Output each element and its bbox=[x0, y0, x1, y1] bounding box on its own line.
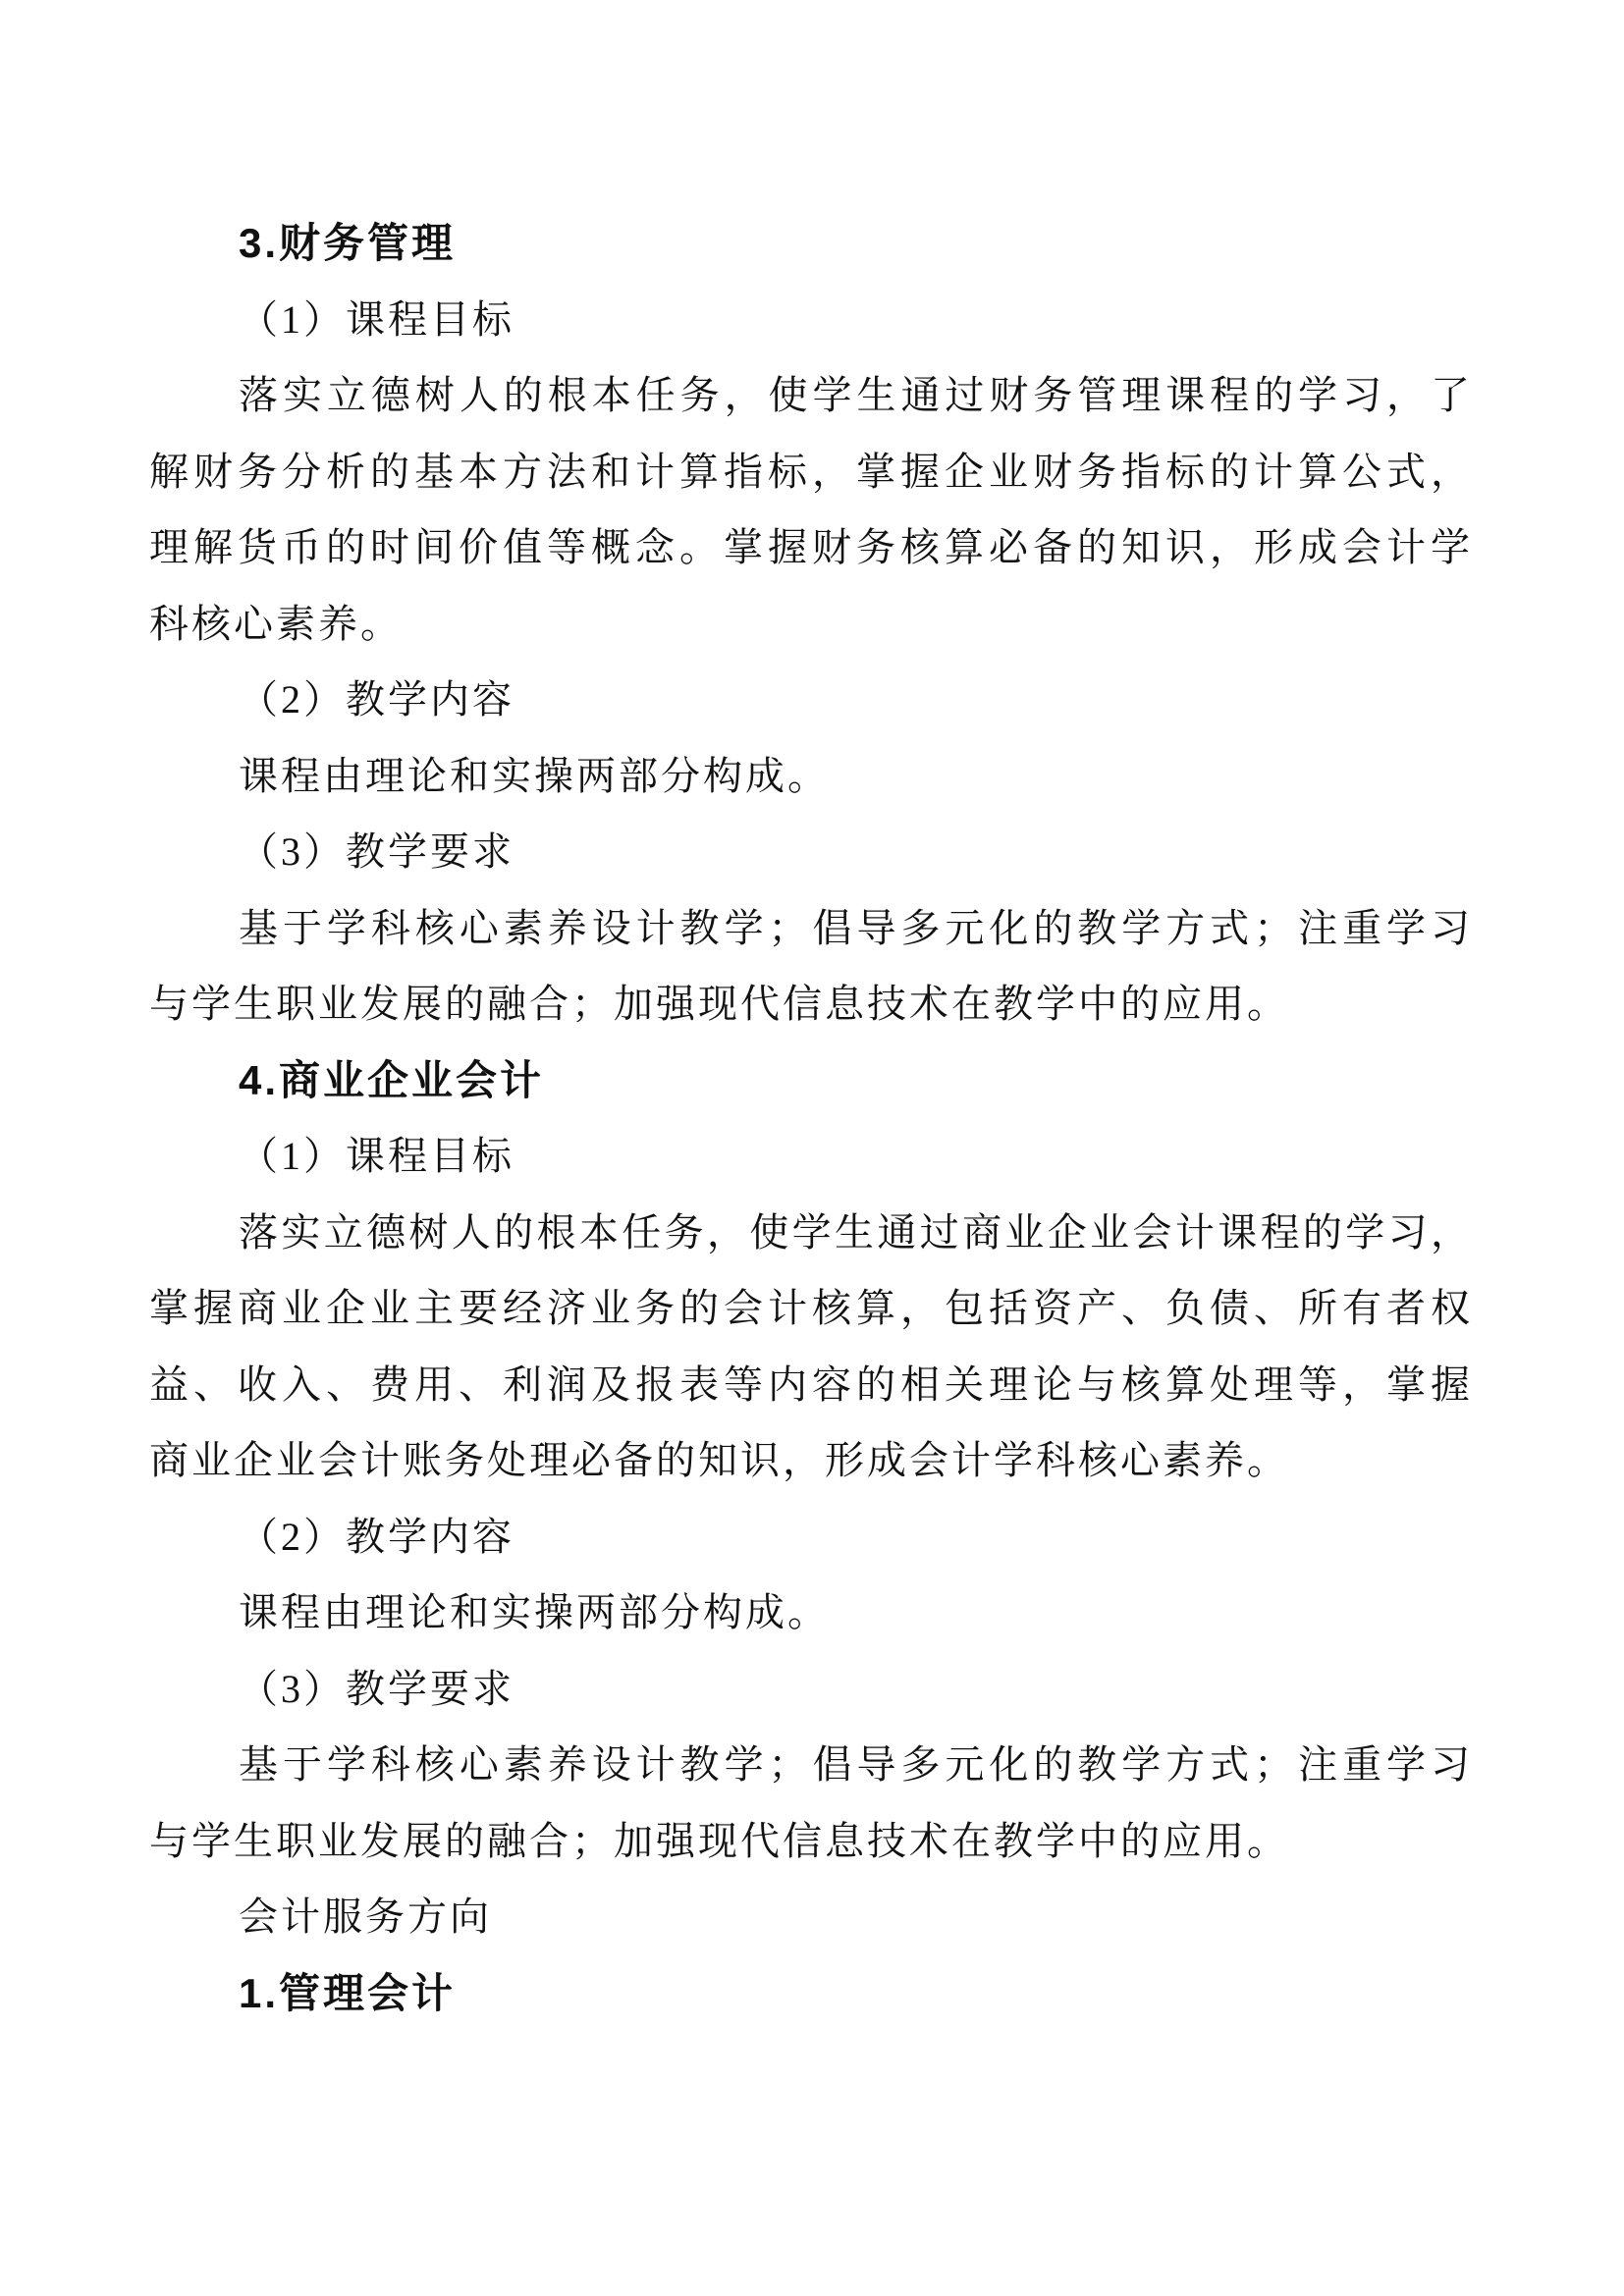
para-teaching-requirements-1-line-1: 基于学科核心素养设计教学；倡导多元化的教学方式；注重学习 bbox=[149, 890, 1473, 967]
heading-management-accounting: 1.管理会计 bbox=[149, 1955, 1473, 2032]
label-accounting-service-direction: 会计服务方向 bbox=[149, 1879, 1473, 1955]
subheading-teaching-requirements-1: （3）教学要求 bbox=[149, 814, 1473, 890]
subheading-teaching-content-2: （2）教学内容 bbox=[149, 1499, 1473, 1575]
para-teaching-content-1: 课程由理论和实操两部分构成。 bbox=[149, 738, 1473, 815]
document-body: 3.财务管理 （1）课程目标 落实立德树人的根本任务，使学生通过财务管理课程的学… bbox=[149, 205, 1473, 2031]
para-course-objectives-2-line-2: 掌握商业企业主要经济业务的会计核算，包括资产、负债、所有者权 bbox=[149, 1270, 1473, 1347]
para-teaching-requirements-2-line-2: 与学生职业发展的融合；加强现代信息技术在教学中的应用。 bbox=[149, 1803, 1473, 1880]
para-teaching-requirements-2-line-1: 基于学科核心素养设计教学；倡导多元化的教学方式；注重学习 bbox=[149, 1727, 1473, 1803]
para-teaching-requirements-1-line-2: 与学生职业发展的融合；加强现代信息技术在教学中的应用。 bbox=[149, 966, 1473, 1042]
para-course-objectives-2-line-4: 商业企业会计账务处理必备的知识，形成会计学科核心素养。 bbox=[149, 1422, 1473, 1499]
subheading-teaching-content-1: （2）教学内容 bbox=[149, 662, 1473, 738]
para-course-objectives-2-line-3: 益、收入、费用、利润及报表等内容的相关理论与核算处理等，掌握 bbox=[149, 1347, 1473, 1423]
subheading-course-objectives-1: （1）课程目标 bbox=[149, 282, 1473, 358]
para-course-objectives-2-line-1: 落实立德树人的根本任务，使学生通过商业企业会计课程的学习， bbox=[149, 1195, 1473, 1271]
para-course-objectives-1-line-1: 落实立德树人的根本任务，使学生通过财务管理课程的学习，了 bbox=[149, 357, 1473, 434]
para-course-objectives-1-line-2: 解财务分析的基本方法和计算指标，掌握企业财务指标的计算公式， bbox=[149, 434, 1473, 510]
heading-commercial-enterprise-accounting: 4.商业企业会计 bbox=[149, 1042, 1473, 1119]
subheading-course-objectives-2: （1）课程目标 bbox=[149, 1118, 1473, 1195]
para-course-objectives-1-line-3: 理解货币的时间价值等概念。掌握财务核算必备的知识，形成会计学 bbox=[149, 509, 1473, 586]
heading-financial-management: 3.财务管理 bbox=[149, 205, 1473, 282]
document-page: 3.财务管理 （1）课程目标 落实立德树人的根本任务，使学生通过财务管理课程的学… bbox=[0, 0, 1624, 2296]
subheading-teaching-requirements-2: （3）教学要求 bbox=[149, 1651, 1473, 1728]
para-teaching-content-2: 课程由理论和实操两部分构成。 bbox=[149, 1575, 1473, 1651]
para-course-objectives-1-line-4: 科核心素养。 bbox=[149, 586, 1473, 663]
